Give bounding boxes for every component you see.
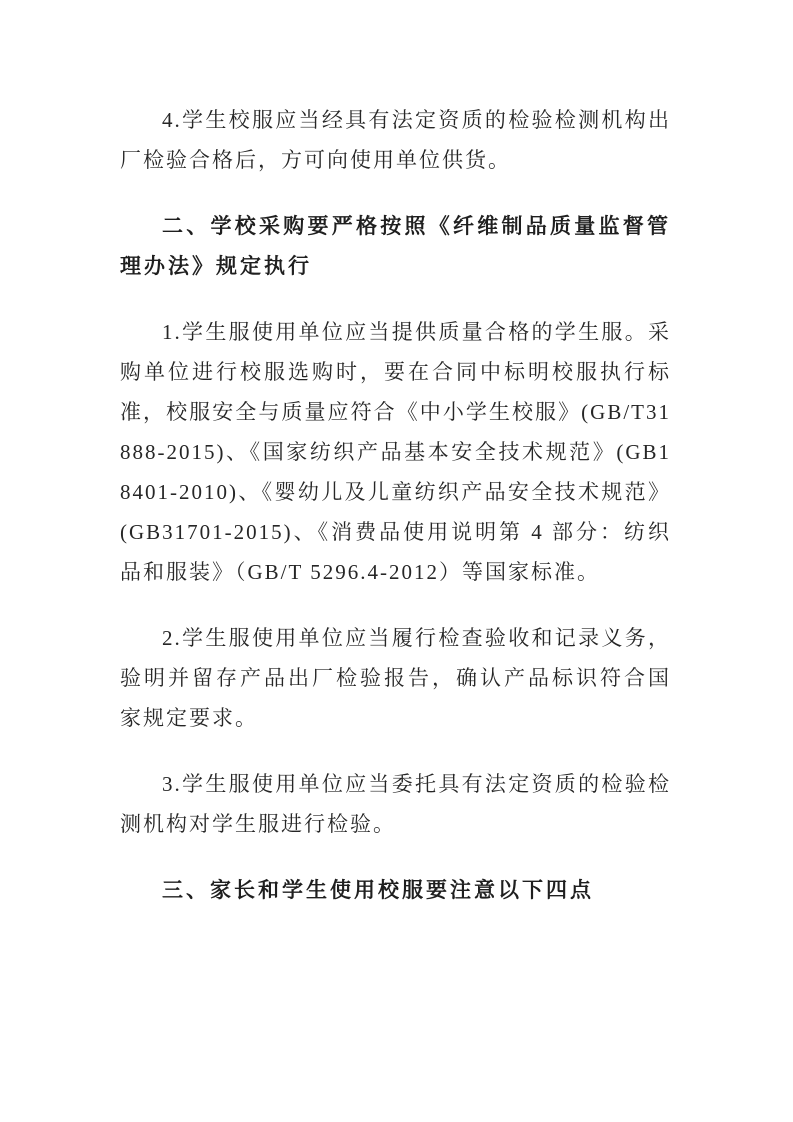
paragraph-item-2-inspection-records: 2.学生服使用单位应当履行检查验收和记录义务，验明并留存产品出厂检验报告，确认产… (120, 618, 671, 738)
document-page: 4.学生校服应当经具有法定资质的检验检测机构出厂检验合格后，方可向使用单位供货。… (0, 0, 793, 1122)
paragraph-item-4-supply: 4.学生校服应当经具有法定资质的检验检测机构出厂检验合格后，方可向使用单位供货。 (120, 100, 671, 180)
section-heading-3-parents-students: 三、家长和学生使用校服要注意以下四点 (120, 870, 671, 910)
paragraph-item-1-standards: 1.学生服使用单位应当提供质量合格的学生服。采购单位进行校服选购时，要在合同中标… (120, 312, 671, 592)
section-heading-2-procurement: 二、学校采购要严格按照《纤维制品质量监督管理办法》规定执行 (120, 206, 671, 286)
paragraph-item-3-testing-agency: 3.学生服使用单位应当委托具有法定资质的检验检测机构对学生服进行检验。 (120, 764, 671, 844)
